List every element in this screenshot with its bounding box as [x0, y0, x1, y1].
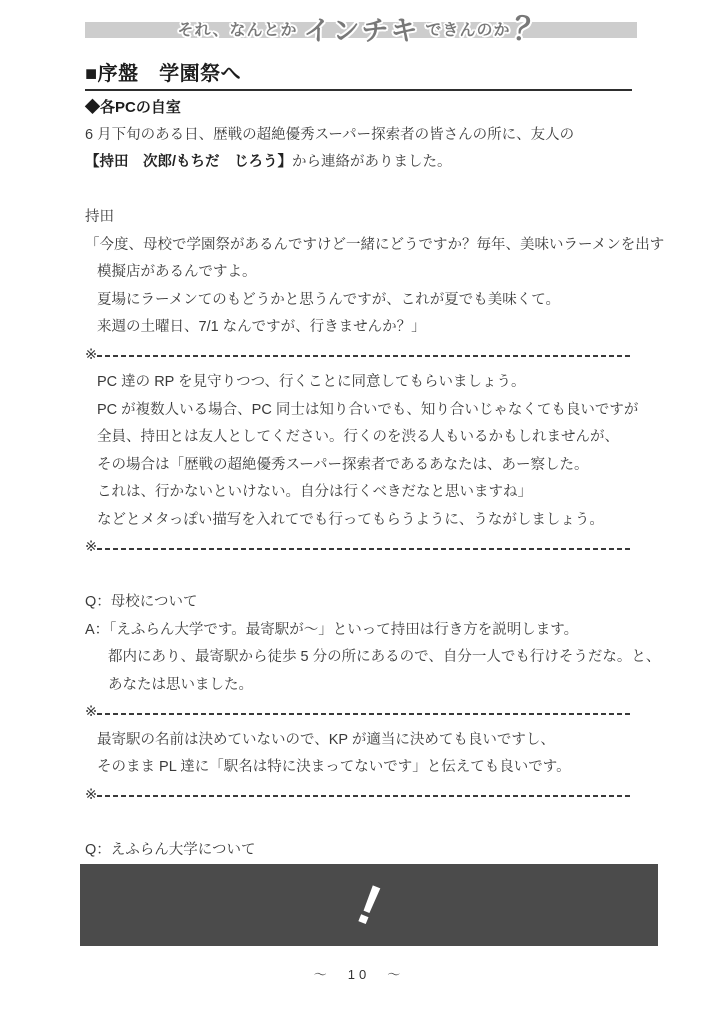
logo-text-prefix: それ、なんとか — [178, 17, 298, 40]
scenario-logo: それ、なんとか インチキ できんのか ？ — [0, 2, 724, 54]
logo-text-suffix: できんのか — [425, 17, 510, 40]
dashed-separator: ※ — [85, 534, 633, 562]
qa-question: Q：えふらん大学について — [85, 837, 633, 865]
qa-question: Q：母校について — [85, 589, 633, 617]
kp-note-line: 最寄駅の名前は決めていないので、KP が適当に決めても良いですし、 — [85, 727, 633, 755]
logo-text-emphasis: インチキ — [303, 9, 419, 48]
separator-marker: ※ — [85, 534, 97, 562]
separator-marker: ※ — [85, 699, 97, 727]
dashed-separator: ※ — [85, 342, 633, 370]
separator-line — [97, 795, 633, 797]
dialogue-speaker: 持田 — [85, 204, 633, 232]
exclamation-glyph: ! — [350, 876, 388, 935]
blank-line — [85, 809, 633, 837]
kp-note-line: PC が複数人いる場合、PC 同士は知り合いでも、知り合いじゃなくても良いですが — [85, 397, 633, 425]
subsection-title: ◆各PCの自室 — [85, 94, 633, 122]
dialogue-line: 模擬店があるんですよ。 — [85, 259, 633, 287]
dashed-separator: ※ — [85, 782, 633, 810]
logo-question-mark: ？ — [511, 3, 549, 53]
intro-line: 【持田 次郎/もちだ じろう】から連絡がありました。 — [85, 149, 633, 177]
document-body: ◆各PCの自室 6 月下旬のある日、歴戦の超絶優秀スーパー探索者の皆さんの所に、… — [85, 94, 633, 989]
kp-note-line: 全員、持田とは友人としてください。行くのを渋る人もいるかもしれませんが、 — [85, 424, 633, 452]
page-header: それ、なんとか インチキ できんのか ？ — [0, 0, 724, 58]
kp-note-line: これは、行かないといけない。自分は行くべきだなと思いますね」 — [85, 479, 633, 507]
dialogue-line: 夏場にラーメンてのもどうかと思うんですが、これが夏でも美味くて。 — [85, 287, 633, 315]
dialogue-line: 来週の土曜日、7/1 なんですが、行きませんか？」 — [85, 314, 633, 342]
censored-image-box: ! — [80, 864, 658, 946]
separator-line — [97, 548, 633, 550]
kp-note-line: その場合は「歴戦の超絶優秀スーパー探索者であるあなたは、あー察した。 — [85, 452, 633, 480]
dashed-separator: ※ — [85, 699, 633, 727]
separator-line — [97, 713, 633, 715]
intro-line-rest: から連絡がありました。 — [292, 154, 452, 170]
kp-note-line: などとメタっぽい描写を入れてでも行ってもらうように、うながしましょう。 — [85, 507, 633, 535]
kp-note-line: PC 達の RP を見守りつつ、行くことに同意してもらいましょう。 — [85, 369, 633, 397]
blank-line — [85, 177, 633, 205]
scenario-document-page: それ、なんとか インチキ できんのか ？ ■序盤 学園祭へ ◆各PCの自室 6 … — [0, 0, 724, 1024]
intro-line: 6 月下旬のある日、歴戦の超絶優秀スーパー探索者の皆さんの所に、友人の — [85, 122, 633, 150]
qa-answer-line: 都内にあり、最寄駅から徒歩 5 分の所にあるので、自分一人でも行けそうだな。と、 — [85, 644, 633, 672]
dialogue-line: 「今度、母校で学園祭があるんですけど一緒にどうですか？毎年、美味いラーメンを出す — [85, 232, 633, 260]
separator-marker: ※ — [85, 342, 97, 370]
qa-answer-line: A：「えふらん大学です。最寄駅が～」といって持田は行き方を説明します。 — [85, 617, 633, 645]
npc-name: 【持田 次郎/もちだ じろう】 — [85, 154, 292, 170]
blank-line — [85, 562, 633, 590]
qa-answer-line: あなたは思いました。 — [85, 672, 633, 700]
section-title: ■序盤 学園祭へ — [85, 57, 632, 91]
kp-note-line: そのまま PL 達に「駅名は特に決まってないです」と伝えても良いです。 — [85, 754, 633, 782]
page-number: ～ 10 ～ — [85, 961, 633, 989]
separator-marker: ※ — [85, 782, 97, 810]
separator-line — [97, 355, 633, 357]
